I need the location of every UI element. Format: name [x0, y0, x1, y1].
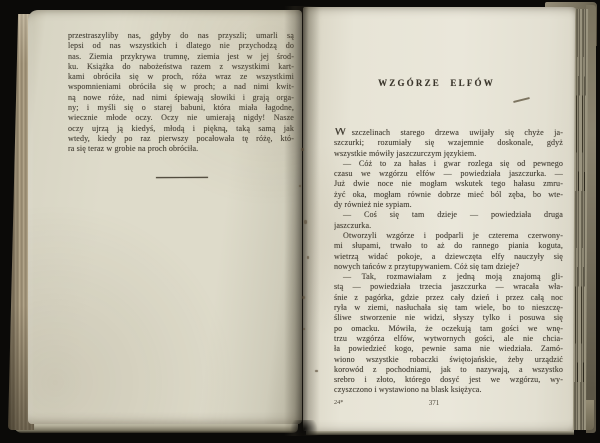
- page-edges-right: [573, 9, 588, 430]
- text-line: ra się teraz w grobie na proch obróciła.: [68, 144, 294, 154]
- text-line: śnie z pagórka, gdzie przez cały dzień i…: [334, 293, 563, 303]
- text-line: trzu wzgórza elfów, wytwornych gości, al…: [334, 334, 563, 344]
- section-divider-rule: [156, 177, 208, 178]
- text-line-content: szczelinach starego drzewa uwijały się c…: [352, 128, 563, 137]
- text-line: korowód z pochodniami, jak to nazywają, …: [334, 365, 563, 375]
- text-line: jaszczurka.: [334, 221, 563, 231]
- text-line: oczy ujrzą ją kiedyś, młodą i piękną, ta…: [68, 124, 294, 134]
- text-line: ną nowe róże, nad nimi śpiewają słowiki …: [68, 93, 294, 103]
- text-line: ła powiedzieć kogo, pewnie sama nie wied…: [334, 344, 563, 354]
- open-book-photo: przestraszyliby nas, gdyby do nas przysz…: [0, 0, 600, 443]
- text-line: — Cóż to za hałas i gwar rozlega się od …: [334, 159, 563, 169]
- text-line: po omacku. Mówiła, że oczekują tam gości…: [334, 324, 563, 334]
- text-line: lepsi od nas wszystkich i dlatego nie pr…: [68, 41, 294, 51]
- text-line: wiecznie młode oczy. Oczy nie umierają n…: [68, 113, 294, 123]
- text-line: — Coś się tam dzieje — powiedziała druga: [334, 210, 563, 220]
- text-line: śliwe stworzenie nie widzi, słyszy tylko…: [334, 313, 563, 323]
- text-line: Otworzyli wzgórze i podparli je czterema…: [334, 231, 563, 241]
- text-line: ku. Książka do nabożeństwa razem z wszys…: [68, 62, 294, 72]
- text-line: czasu we wzgórzu elfów — powiedziała jas…: [334, 169, 563, 179]
- text-line: czyszczono i wystawiono na blask księżyc…: [334, 385, 563, 395]
- text-line: wszystkie mówiły jaszczurczym językiem.: [334, 149, 563, 159]
- text-line: żyć oka, mogłam równie dobrze mieć ból z…: [334, 190, 563, 200]
- text-line: — Tak, rozmawiałam z jedną moją znajomą …: [334, 272, 563, 282]
- foxing-speck: [304, 220, 307, 224]
- text-line: kami obróciła się w proch, róża wraz ze …: [68, 72, 294, 82]
- text-line: dy również nie sypiam.: [334, 200, 563, 210]
- ink-smudge: [513, 97, 530, 103]
- left-page-text: przestraszyliby nas, gdyby do nas przysz…: [68, 31, 294, 155]
- text-line: nas. Ziemia przykrywa trumnę, ziemia jes…: [68, 52, 294, 62]
- page-number: 371: [420, 398, 448, 408]
- text-line: mi słupami, trwało to aż do rannego pian…: [334, 241, 563, 251]
- page-footer: 24* 371: [334, 398, 563, 408]
- right-page-text: Wszczelinach starego drzewa uwijały się …: [334, 128, 563, 396]
- text-line: Już dwie noce nie mogłam wskutek tego ha…: [334, 179, 563, 189]
- text-line: nowych tańców z przytupywaniem. Cóż się …: [334, 262, 563, 272]
- signature-mark: 24*: [334, 398, 343, 408]
- text-line: wiono wszystkie robaczki świętojańskie, …: [334, 355, 563, 365]
- left-page: przestraszyliby nas, gdyby do nas przysz…: [28, 10, 302, 424]
- foxing-speck: [315, 370, 318, 372]
- text-line: wietrzą widać pokoje, a dziewczęta elfy …: [334, 252, 563, 262]
- right-page: WZGÓRZE ELFÓW Wszczelinach starego drzew…: [303, 7, 577, 431]
- text-line: ryła w ziemi, nasłuchała się tam wiele, …: [334, 303, 563, 313]
- text-line: wspomnieniami obróciła się w proch; a na…: [68, 82, 294, 92]
- foxing-speck: [307, 256, 309, 259]
- text-line: srebro i złoto, którego dosyć jest we wz…: [334, 375, 563, 385]
- text-line: Wszczelinach starego drzewa uwijały się …: [334, 128, 563, 138]
- foxing-speck: [301, 148, 304, 151]
- foxing-speck: [303, 328, 305, 330]
- text-line: ny; i myśli się o starej babuni, która m…: [68, 103, 294, 113]
- foxing-speck: [299, 185, 301, 187]
- text-line: szczurki; rozumiały się wzajemnie doskon…: [334, 138, 563, 148]
- text-line: przestraszyliby nas, gdyby do nas przysz…: [68, 31, 294, 41]
- chapter-initial: W: [334, 128, 347, 138]
- text-line: wtedy, kiedy po raz pierwszy pocałowała …: [68, 134, 294, 144]
- chapter-title: WZGÓRZE ELFÓW: [322, 78, 551, 88]
- foxing-speck: [302, 296, 305, 299]
- text-line: stą — powiedziała trzecia jaszczurka — w…: [334, 282, 563, 292]
